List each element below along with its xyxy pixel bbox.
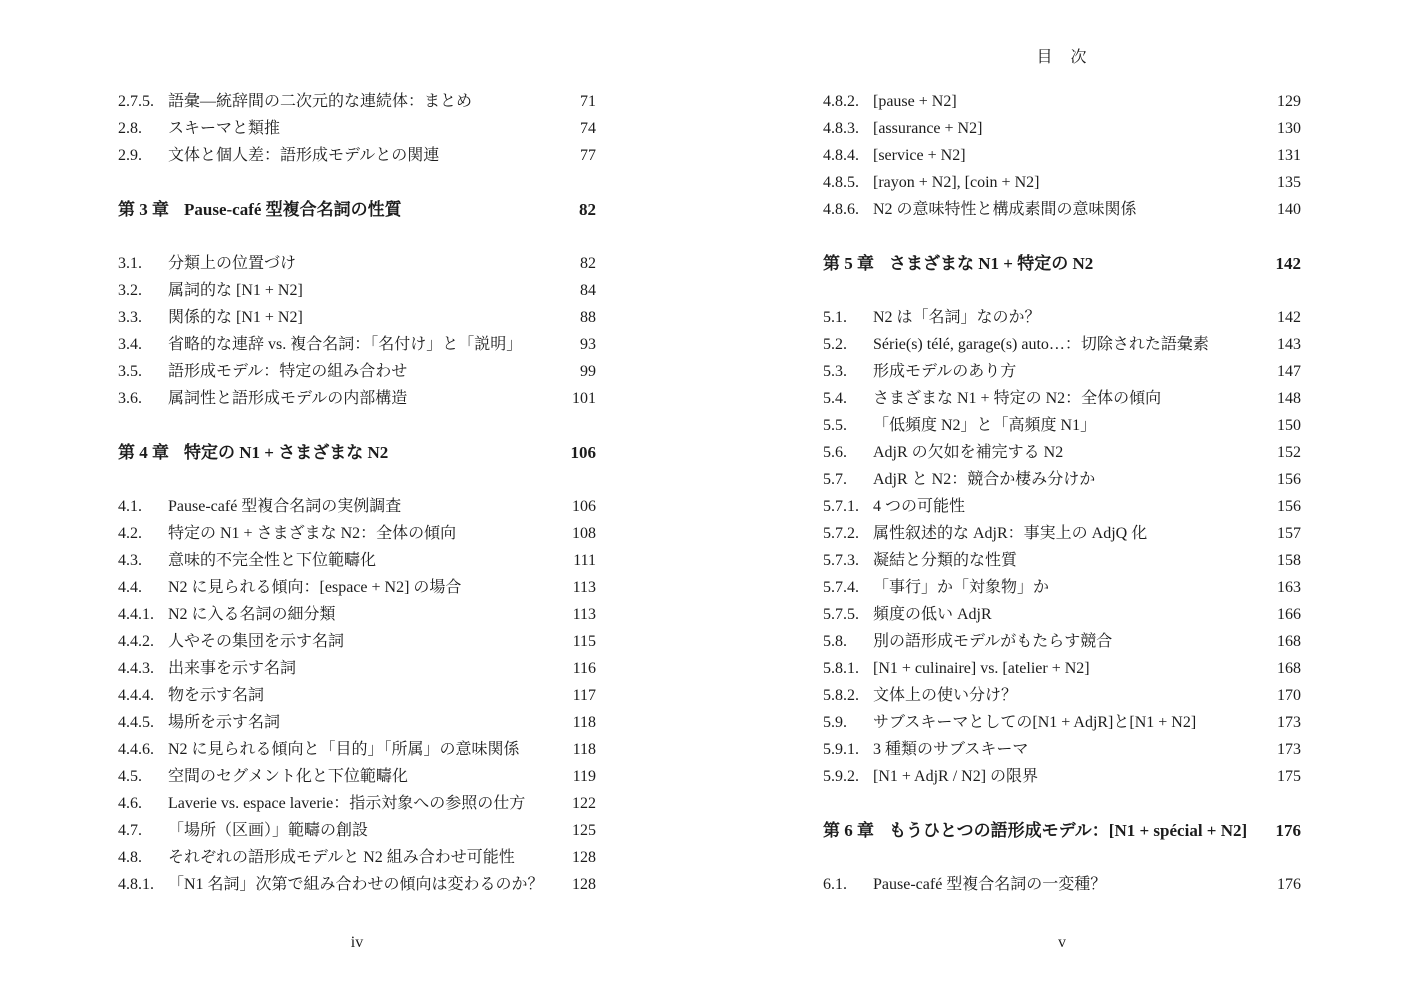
toc-entry-title: 3 種類のサブスキーマ xyxy=(873,736,1271,763)
toc-entry-title: もうひとつの語形成モデル：[N1 + spécial + N2] xyxy=(889,817,1271,844)
toc-entry: 4.8.5. [rayon + N2], [coin + N2] 135 xyxy=(823,169,1301,196)
toc-entry-title: 属性叙述的な AdjR：事実上の AdjQ 化 xyxy=(873,520,1271,547)
toc-entry-number: 4.5. xyxy=(118,763,168,790)
toc-entry: 4.8.6. N2 の意味特性と構成素間の意味関係 140 xyxy=(823,196,1301,223)
toc-entry-page: 118 xyxy=(566,709,596,736)
toc-entry: 第 5 章 さまざまな N1 + 特定の N2 142 xyxy=(823,250,1301,277)
toc-entry-page: 128 xyxy=(566,844,596,871)
toc-entry-number: 5.1. xyxy=(823,304,873,331)
toc-entry-title: さまざまな N1 + 特定の N2：全体の傾向 xyxy=(873,385,1271,412)
toc-entry-title: AdjR の欠如を補完する N2 xyxy=(873,439,1271,466)
toc-entry: 4.4.6. N2 に見られる傾向と「目的」「所属」の意味関係 118 xyxy=(118,736,596,763)
toc-entry: 2.7.5. 語彙—統辞間の二次元的な連続体：まとめ 71 xyxy=(118,88,596,115)
toc-entry-page: 173 xyxy=(1271,736,1301,763)
toc-entry: 5.7. AdjR と N2：競合か棲み分けか 156 xyxy=(823,466,1301,493)
toc-entry-page: 156 xyxy=(1271,466,1301,493)
toc-entry-title: 属詞的な [N1 + N2] xyxy=(168,277,566,304)
toc-entry-page: 170 xyxy=(1271,682,1301,709)
toc-entry-number: 2.9. xyxy=(118,142,168,169)
toc-entry-page: 163 xyxy=(1271,574,1301,601)
toc-entry-number: 4.8.3. xyxy=(823,115,873,142)
toc-entry-title: [assurance + N2] xyxy=(873,115,1271,142)
toc-entry-number: 4.4. xyxy=(118,574,168,601)
toc-entry-page: 131 xyxy=(1271,142,1301,169)
toc-entry-page: 113 xyxy=(566,574,596,601)
toc-entry-number: 5.7.3. xyxy=(823,547,873,574)
toc-entry-number: 3.2. xyxy=(118,277,168,304)
toc-entry-title: 出来事を示す名詞 xyxy=(168,655,566,682)
toc-entry-number: 4.2. xyxy=(118,520,168,547)
toc-entry-number: 4.8.1. xyxy=(118,871,168,898)
toc-entry-page: 175 xyxy=(1271,763,1301,790)
toc-entry-page: 74 xyxy=(566,115,596,142)
toc-entry-title: N2 の意味特性と構成素間の意味関係 xyxy=(873,196,1271,223)
toc-entry-title: 語彙—統辞間の二次元的な連続体：まとめ xyxy=(168,88,566,115)
toc-entry: 4.5. 空間のセグメント化と下位範疇化 119 xyxy=(118,763,596,790)
toc-entry-title: 「場所（区画）」範疇の創設 xyxy=(168,817,566,844)
toc-entry-page: 84 xyxy=(566,277,596,304)
toc-entry-number: 2.7.5. xyxy=(118,88,168,115)
toc-entry-number: 5.2. xyxy=(823,331,873,358)
right-page-number-footer: v xyxy=(823,929,1301,956)
toc-entry: 4.4.3. 出来事を示す名詞 116 xyxy=(118,655,596,682)
toc-entry-number: 3.1. xyxy=(118,250,168,277)
toc-entry-title: Laverie vs. espace laverie：指示対象への参照の仕方 xyxy=(168,790,566,817)
running-head-title: 目 次 xyxy=(823,44,1301,71)
toc-entry-page: 93 xyxy=(566,331,596,358)
toc-entry-number: 5.7.2. xyxy=(823,520,873,547)
toc-entry: 4.7. 「場所（区画）」範疇の創設 125 xyxy=(118,817,596,844)
toc-entry-page: 135 xyxy=(1271,169,1301,196)
toc-entry-title: 形成モデルのあり方 xyxy=(873,358,1271,385)
toc-entry-page: 106 xyxy=(566,493,596,520)
toc-entry: 5.8.1. [N1 + culinaire] vs. [atelier + N… xyxy=(823,655,1301,682)
toc-entry-number: 5.5. xyxy=(823,412,873,439)
toc-entry-title: スキーマと類推 xyxy=(168,115,566,142)
toc-entry-number: 5.7.4. xyxy=(823,574,873,601)
toc-entry: 2.8. スキーマと類推 74 xyxy=(118,115,596,142)
toc-entry-page: 88 xyxy=(566,304,596,331)
toc-entry: 3.2. 属詞的な [N1 + N2] 84 xyxy=(118,277,596,304)
toc-entry-title: 意味的不完全性と下位範疇化 xyxy=(168,547,566,574)
toc-entry-page: 140 xyxy=(1271,196,1301,223)
toc-entry-number: 第 6 章 xyxy=(823,817,874,844)
toc-entry-title: 「N1 名詞」次第で組み合わせの傾向は変わるのか？ xyxy=(168,871,566,898)
toc-entry-title: Pause-café 型複合名詞の一変種？ xyxy=(873,871,1271,898)
toc-entry: 3.3. 関係的な [N1 + N2] 88 xyxy=(118,304,596,331)
toc-entry-page: 108 xyxy=(566,520,596,547)
toc-entry: 6.1. Pause-café 型複合名詞の一変種？ 176 xyxy=(823,871,1301,898)
toc-left-column: 2.7.5. 語彙—統辞間の二次元的な連続体：まとめ 71 2.8. スキーマと… xyxy=(118,88,596,898)
toc-entry-number: 第 4 章 xyxy=(118,439,169,466)
toc-entry-page: 128 xyxy=(566,871,596,898)
left-page-number-footer: iv xyxy=(118,929,596,956)
toc-entry-title: 分類上の位置づけ xyxy=(168,250,566,277)
toc-entry: 5.5. 「低頻度 N2」と「高頻度 N1」 150 xyxy=(823,412,1301,439)
toc-entry: 4.1. Pause-café 型複合名詞の実例調査 106 xyxy=(118,493,596,520)
toc-entry-title: 「低頻度 N2」と「高頻度 N1」 xyxy=(873,412,1271,439)
book-spread: 目 次 2.7.5. 語彙—統辞間の二次元的な連続体：まとめ 71 2.8. ス… xyxy=(0,0,1410,1000)
toc-entry-number: 4.4.4. xyxy=(118,682,168,709)
toc-entry-number: 4.4.5. xyxy=(118,709,168,736)
toc-entry-number: 4.4.3. xyxy=(118,655,168,682)
toc-entry: 4.8. それぞれの語形成モデルと N2 組み合わせ可能性 128 xyxy=(118,844,596,871)
toc-entry-page: 130 xyxy=(1271,115,1301,142)
toc-entry-number: 5.9. xyxy=(823,709,873,736)
toc-entry: 5.7.5. 頻度の低い AdjR 166 xyxy=(823,601,1301,628)
toc-entry: 4.4.2. 人やその集団を示す名詞 115 xyxy=(118,628,596,655)
toc-entry: 5.9.2. [N1 + AdjR / N2] の限界 175 xyxy=(823,763,1301,790)
toc-entry-title: N2 に見られる傾向と「目的」「所属」の意味関係 xyxy=(168,736,566,763)
toc-entry-title: 属詞性と語形成モデルの内部構造 xyxy=(168,385,566,412)
toc-entry: 4.4. N2 に見られる傾向：[espace + N2] の場合 113 xyxy=(118,574,596,601)
toc-entry-page: 99 xyxy=(566,358,596,385)
toc-entry-page: 166 xyxy=(1271,601,1301,628)
toc-entry-page: 143 xyxy=(1271,331,1301,358)
toc-entry-title: それぞれの語形成モデルと N2 組み合わせ可能性 xyxy=(168,844,566,871)
toc-entry-title: [N1 + culinaire] vs. [atelier + N2] xyxy=(873,655,1271,682)
toc-entry-number: 4.4.6. xyxy=(118,736,168,763)
toc-entry-number: 5.8.2. xyxy=(823,682,873,709)
toc-entry-number: 3.5. xyxy=(118,358,168,385)
toc-entry: 3.5. 語形成モデル：特定の組み合わせ 99 xyxy=(118,358,596,385)
toc-entry-title: N2 に見られる傾向：[espace + N2] の場合 xyxy=(168,574,566,601)
toc-entry-number: 第 3 章 xyxy=(118,196,169,223)
toc-entry-page: 168 xyxy=(1271,655,1301,682)
toc-entry-number: 5.9.2. xyxy=(823,763,873,790)
toc-entry: 5.7.1. 4 つの可能性 156 xyxy=(823,493,1301,520)
toc-entry-page: 115 xyxy=(566,628,596,655)
toc-entry: 4.2. 特定の N1 + さまざまな N2：全体の傾向 108 xyxy=(118,520,596,547)
toc-entry-number: 5.3. xyxy=(823,358,873,385)
toc-entry-title: 別の語形成モデルがもたらす競合 xyxy=(873,628,1271,655)
toc-entry-page: 125 xyxy=(566,817,596,844)
toc-entry-title: 物を示す名詞 xyxy=(168,682,566,709)
toc-entry-page: 158 xyxy=(1271,547,1301,574)
toc-entry-page: 122 xyxy=(566,790,596,817)
toc-entry-number: 2.8. xyxy=(118,115,168,142)
toc-entry-page: 82 xyxy=(566,250,596,277)
toc-entry: 2.9. 文体と個人差：語形成モデルとの関連 77 xyxy=(118,142,596,169)
toc-entry-title: 文体上の使い分け？ xyxy=(873,682,1271,709)
toc-entry-title: 場所を示す名詞 xyxy=(168,709,566,736)
toc-entry-page: 156 xyxy=(1271,493,1301,520)
toc-entry-number: 第 5 章 xyxy=(823,250,874,277)
toc-entry-page: 142 xyxy=(1271,250,1301,277)
toc-entry-title: 凝結と分類的な性質 xyxy=(873,547,1271,574)
toc-entry-page: 71 xyxy=(566,88,596,115)
toc-entry-number: 5.6. xyxy=(823,439,873,466)
toc-entry: 3.4. 省略的な連辞 vs. 複合名詞：「名付け」と「説明」 93 xyxy=(118,331,596,358)
toc-entry: 4.8.2. [pause + N2] 129 xyxy=(823,88,1301,115)
toc-entry-number: 5.8.1. xyxy=(823,655,873,682)
toc-entry: 5.9. サブスキーマとしての[N1 + AdjR]と[N1 + N2] 173 xyxy=(823,709,1301,736)
toc-entry-title: AdjR と N2：競合か棲み分けか xyxy=(873,466,1271,493)
toc-entry-title: N2 に入る名詞の細分類 xyxy=(168,601,566,628)
toc-entry: 5.3. 形成モデルのあり方 147 xyxy=(823,358,1301,385)
toc-entry-page: 152 xyxy=(1271,439,1301,466)
toc-entry-page: 176 xyxy=(1271,871,1301,898)
toc-entry-page: 173 xyxy=(1271,709,1301,736)
toc-entry-title: 人やその集団を示す名詞 xyxy=(168,628,566,655)
toc-entry-number: 4.8. xyxy=(118,844,168,871)
toc-entry: 3.1. 分類上の位置づけ 82 xyxy=(118,250,596,277)
toc-entry-number: 4.1. xyxy=(118,493,168,520)
toc-entry-title: 語形成モデル：特定の組み合わせ xyxy=(168,358,566,385)
toc-entry-title: [rayon + N2], [coin + N2] xyxy=(873,169,1271,196)
toc-entry: 5.7.4. 「事行」か「対象物」か 163 xyxy=(823,574,1301,601)
toc-entry-title: 関係的な [N1 + N2] xyxy=(168,304,566,331)
toc-entry-page: 142 xyxy=(1271,304,1301,331)
toc-entry-number: 5.9.1. xyxy=(823,736,873,763)
toc-entry-number: 4.7. xyxy=(118,817,168,844)
toc-entry-page: 113 xyxy=(566,601,596,628)
toc-entry: 5.8.2. 文体上の使い分け？ 170 xyxy=(823,682,1301,709)
toc-entry-page: 116 xyxy=(566,655,596,682)
toc-entry-number: 6.1. xyxy=(823,871,873,898)
toc-entry-title: サブスキーマとしての[N1 + AdjR]と[N1 + N2] xyxy=(873,709,1271,736)
toc-entry-page: 77 xyxy=(566,142,596,169)
toc-entry: 4.4.4. 物を示す名詞 117 xyxy=(118,682,596,709)
toc-entry-title: [pause + N2] xyxy=(873,88,1271,115)
toc-entry: 5.1. N2 は「名詞」なのか？ 142 xyxy=(823,304,1301,331)
toc-entry-page: 111 xyxy=(566,547,596,574)
toc-entry-title: 文体と個人差：語形成モデルとの関連 xyxy=(168,142,566,169)
toc-entry-page: 82 xyxy=(566,196,596,223)
toc-entry-title: 特定の N1 + さまざまな N2 xyxy=(184,439,566,466)
toc-entry-number: 4.8.6. xyxy=(823,196,873,223)
toc-entry: 5.9.1. 3 種類のサブスキーマ 173 xyxy=(823,736,1301,763)
toc-entry: 第 4 章 特定の N1 + さまざまな N2 106 xyxy=(118,439,596,466)
toc-entry-page: 168 xyxy=(1271,628,1301,655)
toc-entry-page: 129 xyxy=(1271,88,1301,115)
toc-entry: 4.6. Laverie vs. espace laverie：指示対象への参照… xyxy=(118,790,596,817)
toc-entry: 4.8.4. [service + N2] 131 xyxy=(823,142,1301,169)
toc-entry-title: Série(s) télé, garage(s) auto…：切除された語彙素 xyxy=(873,331,1271,358)
toc-right-column: 4.8.2. [pause + N2] 129 4.8.3. [assuranc… xyxy=(823,88,1301,898)
toc-entry-title: Pause-café 型複合名詞の実例調査 xyxy=(168,493,566,520)
toc-entry-title: 4 つの可能性 xyxy=(873,493,1271,520)
toc-entry-title: 特定の N1 + さまざまな N2：全体の傾向 xyxy=(168,520,566,547)
toc-entry-page: 148 xyxy=(1271,385,1301,412)
toc-entry-number: 4.8.5. xyxy=(823,169,873,196)
toc-entry: 5.7.2. 属性叙述的な AdjR：事実上の AdjQ 化 157 xyxy=(823,520,1301,547)
toc-entry-number: 5.8. xyxy=(823,628,873,655)
toc-entry-number: 5.4. xyxy=(823,385,873,412)
toc-entry-page: 119 xyxy=(566,763,596,790)
toc-entry-number: 4.8.4. xyxy=(823,142,873,169)
toc-entry-title: 「事行」か「対象物」か xyxy=(873,574,1271,601)
toc-entry-number: 4.6. xyxy=(118,790,168,817)
toc-entry-number: 4.3. xyxy=(118,547,168,574)
toc-entry-title: N2 は「名詞」なのか？ xyxy=(873,304,1271,331)
toc-entry-title: 頻度の低い AdjR xyxy=(873,601,1271,628)
toc-entry-number: 5.7.5. xyxy=(823,601,873,628)
toc-entry: 4.8.3. [assurance + N2] 130 xyxy=(823,115,1301,142)
toc-entry: 5.6. AdjR の欠如を補完する N2 152 xyxy=(823,439,1301,466)
toc-entry: 第 6 章 もうひとつの語形成モデル：[N1 + spécial + N2] 1… xyxy=(823,817,1301,844)
toc-entry-page: 147 xyxy=(1271,358,1301,385)
toc-entry-title: [service + N2] xyxy=(873,142,1271,169)
toc-entry: 5.8. 別の語形成モデルがもたらす競合 168 xyxy=(823,628,1301,655)
toc-entry: 5.7.3. 凝結と分類的な性質 158 xyxy=(823,547,1301,574)
toc-entry: 3.6. 属詞性と語形成モデルの内部構造 101 xyxy=(118,385,596,412)
toc-entry-number: 3.3. xyxy=(118,304,168,331)
toc-entry-page: 106 xyxy=(566,439,596,466)
toc-entry-number: 4.4.2. xyxy=(118,628,168,655)
toc-entry-page: 117 xyxy=(566,682,596,709)
toc-entry: 4.3. 意味的不完全性と下位範疇化 111 xyxy=(118,547,596,574)
toc-entry-number: 4.4.1. xyxy=(118,601,168,628)
toc-entry: 第 3 章 Pause-café 型複合名詞の性質 82 xyxy=(118,196,596,223)
toc-entry-title: さまざまな N1 + 特定の N2 xyxy=(889,250,1271,277)
toc-entry-number: 5.7. xyxy=(823,466,873,493)
toc-entry: 4.4.1. N2 に入る名詞の細分類 113 xyxy=(118,601,596,628)
toc-entry-title: [N1 + AdjR / N2] の限界 xyxy=(873,763,1271,790)
toc-entry-page: 176 xyxy=(1271,817,1301,844)
toc-entry: 5.4. さまざまな N1 + 特定の N2：全体の傾向 148 xyxy=(823,385,1301,412)
toc-entry: 5.2. Série(s) télé, garage(s) auto…：切除され… xyxy=(823,331,1301,358)
toc-entry: 4.8.1. 「N1 名詞」次第で組み合わせの傾向は変わるのか？ 128 xyxy=(118,871,596,898)
toc-entry-number: 5.7.1. xyxy=(823,493,873,520)
toc-entry-number: 3.4. xyxy=(118,331,168,358)
toc-entry-title: 空間のセグメント化と下位範疇化 xyxy=(168,763,566,790)
toc-entry-title: Pause-café 型複合名詞の性質 xyxy=(184,196,566,223)
toc-entry-page: 101 xyxy=(566,385,596,412)
toc-entry-page: 157 xyxy=(1271,520,1301,547)
toc-entry-title: 省略的な連辞 vs. 複合名詞：「名付け」と「説明」 xyxy=(168,331,566,358)
toc-entry: 4.4.5. 場所を示す名詞 118 xyxy=(118,709,596,736)
toc-entry-number: 4.8.2. xyxy=(823,88,873,115)
toc-entry-number: 3.6. xyxy=(118,385,168,412)
toc-entry-page: 150 xyxy=(1271,412,1301,439)
toc-entry-page: 118 xyxy=(566,736,596,763)
